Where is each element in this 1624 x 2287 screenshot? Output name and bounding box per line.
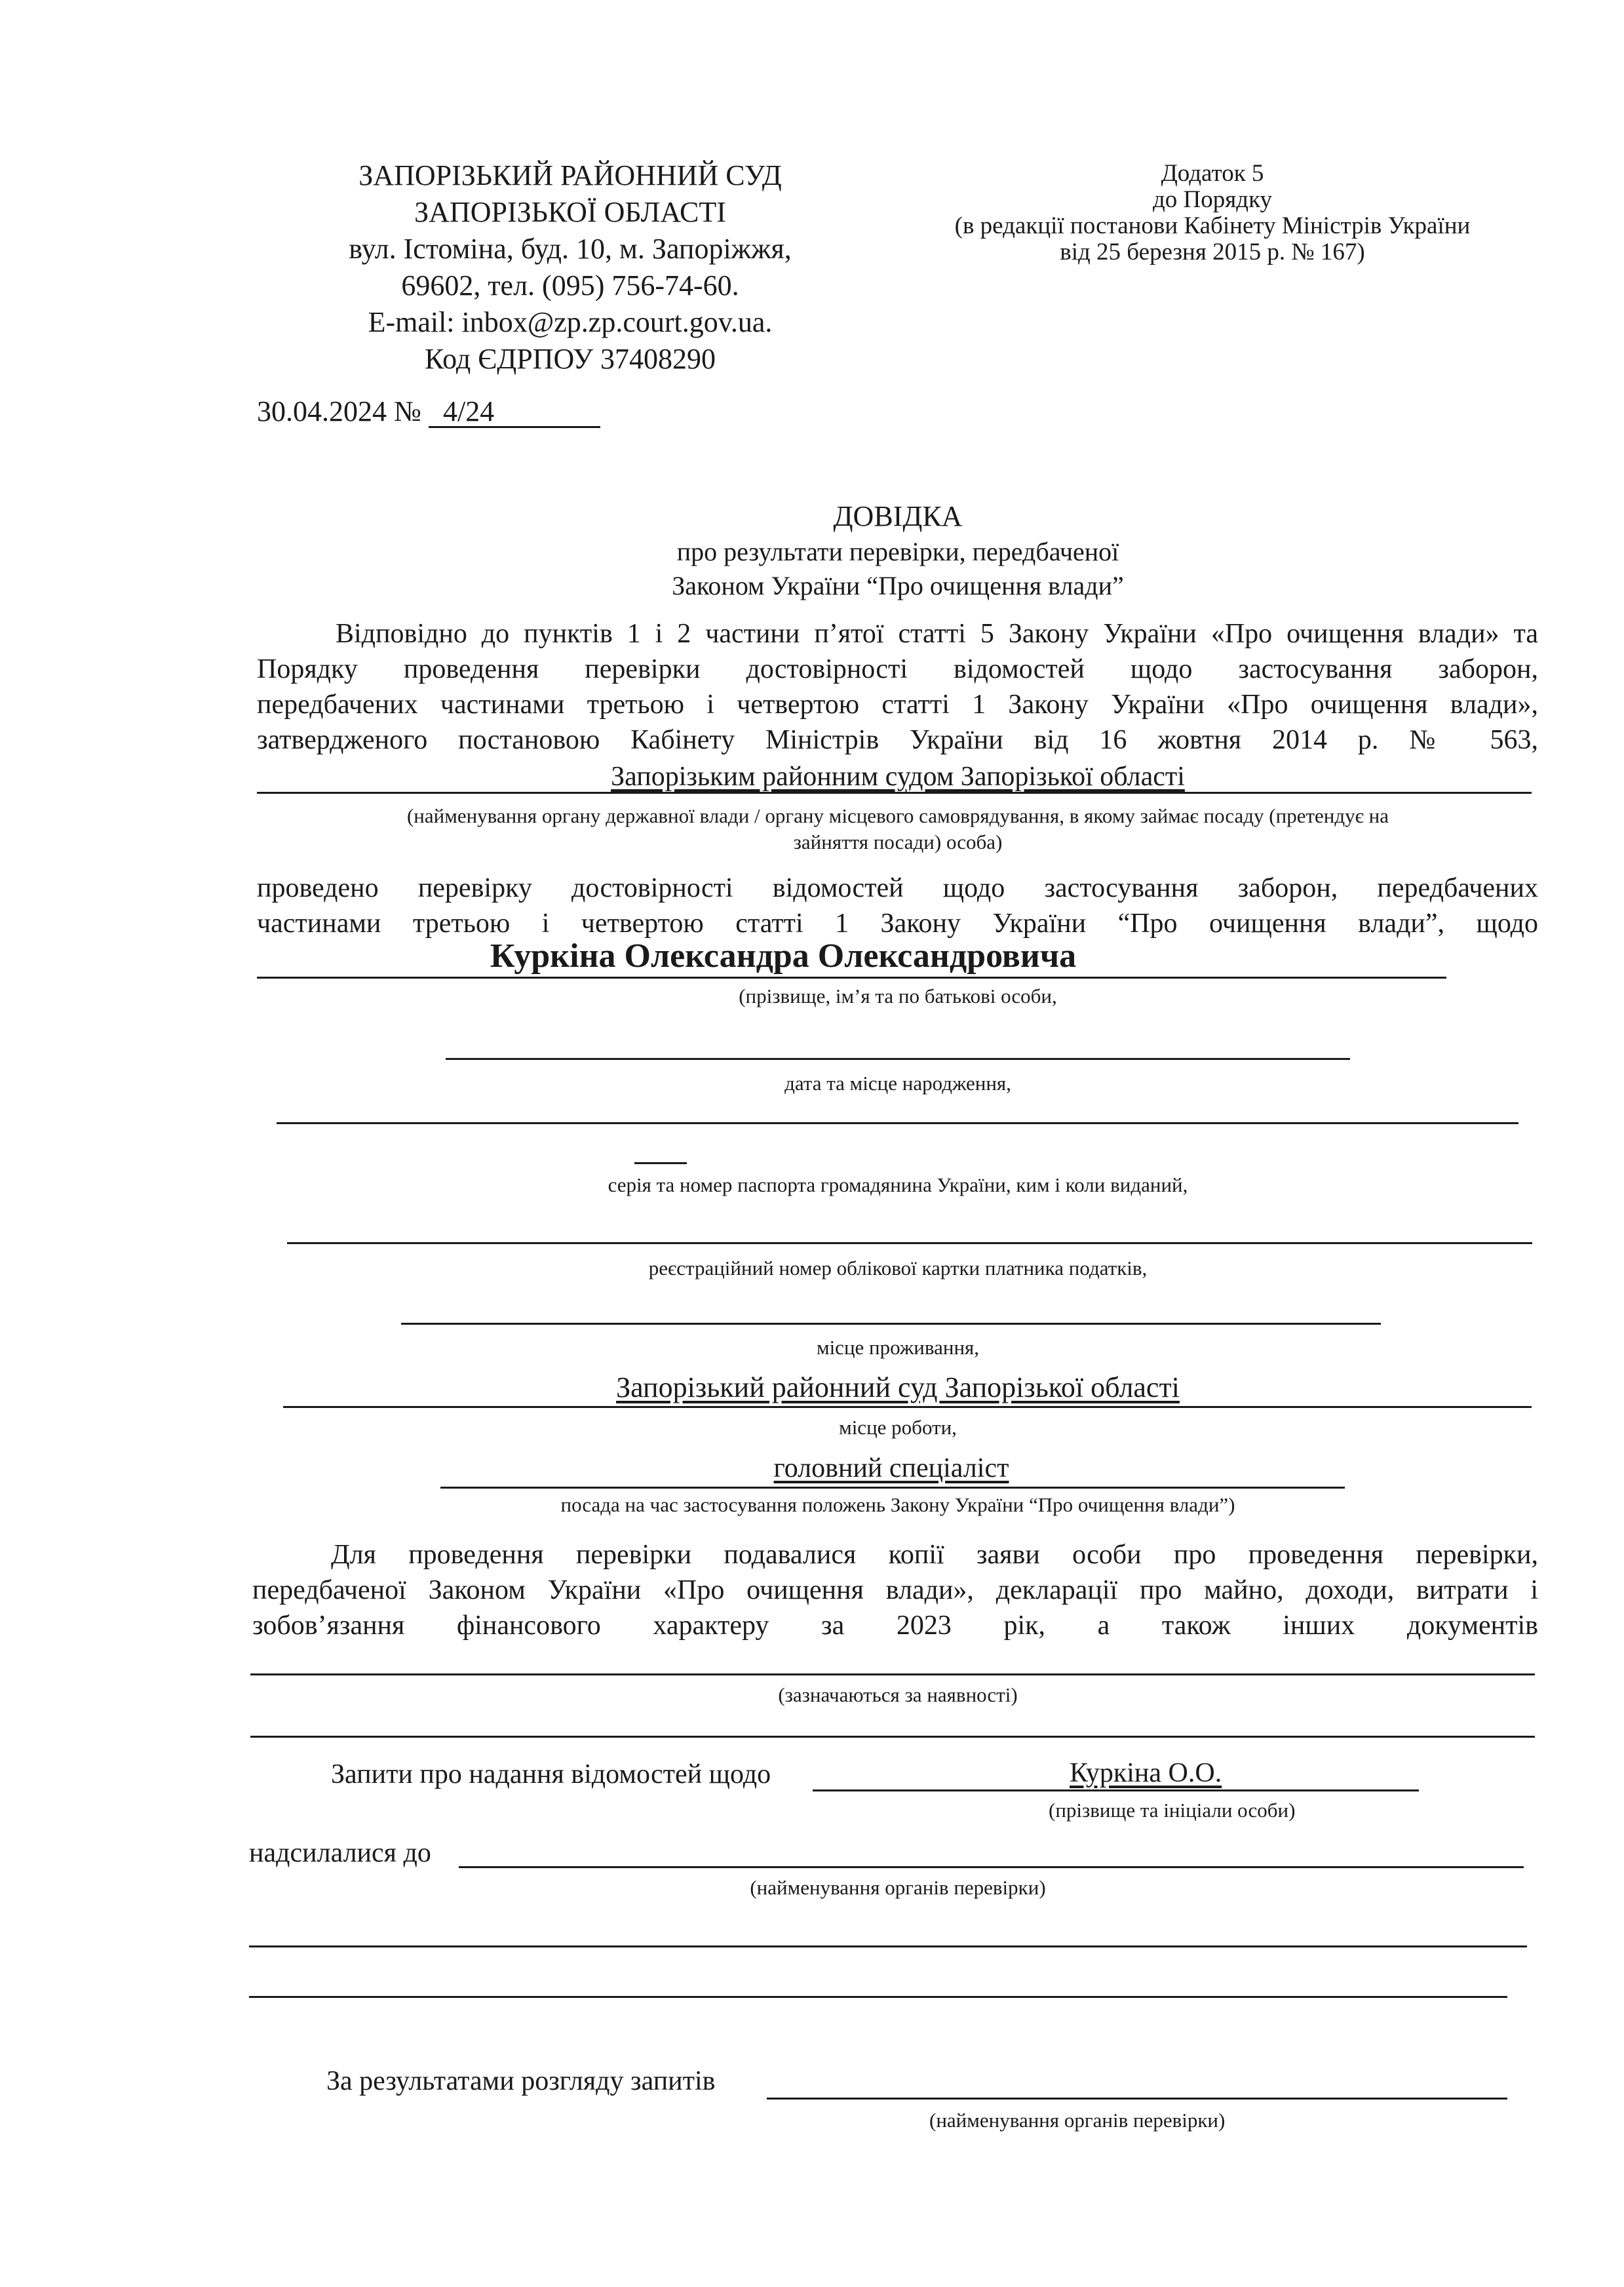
person-name-value: Куркіна Олександра Олександровича: [249, 936, 1317, 977]
reference-number: 4/24: [429, 397, 600, 428]
position-value: головний спеціаліст: [249, 1451, 1534, 1486]
residence-caption: місце проживання,: [249, 1335, 1547, 1361]
requests-person-caption: (прізвище та ініціали особи): [1049, 1797, 1295, 1824]
appendix-to: до Порядку: [937, 187, 1488, 213]
requests-label: Запити про надання відомостей щодо: [331, 1757, 771, 1792]
documents-caption: (зазначаються за наявності): [249, 1682, 1547, 1708]
position-underline: [440, 1487, 1345, 1489]
passport-underline-short: [634, 1162, 687, 1164]
reference-number-label: №: [394, 395, 421, 427]
birth-underline: [446, 1058, 1350, 1060]
document-title-block: ДОВІДКА про результати перевірки, передб…: [249, 498, 1547, 603]
court-email: E-mail: inbox@zp.zp.court.gov.ua.: [275, 304, 865, 341]
documents-underline-1: [250, 1673, 1535, 1675]
sent-to-underline: [459, 1866, 1524, 1868]
sent-to-label: надсилалися до: [249, 1835, 431, 1871]
results-caption: (найменування органів перевірки): [929, 2107, 1225, 2134]
appendix-note: Додаток 5 до Порядку (в редакції постано…: [937, 161, 1488, 265]
intro-paragraph: Відповідно до пунктів 1 і 2 частини п’ят…: [257, 616, 1538, 758]
court-phone: 69602, тел. (095) 756-74-60.: [275, 267, 865, 304]
court-name-line2: ЗАПОРІЗЬКОЇ ОБЛАСТІ: [275, 194, 865, 231]
intro-line-4: затвердженого постановою Кабінету Мініст…: [257, 722, 1538, 758]
check-paragraph: проведено перевірку достовірності відомо…: [257, 870, 1538, 941]
results-underline: [767, 2098, 1507, 2100]
passport-underline: [277, 1122, 1518, 1124]
sent-to-underline-2: [249, 1945, 1527, 1947]
residence-underline: [401, 1323, 1381, 1325]
results-label: За результатами розгляду запитів: [326, 2063, 716, 2099]
sent-to-underline-3: [249, 1996, 1507, 1998]
sent-to-caption: (найменування органів перевірки): [249, 1875, 1547, 1901]
document-subtitle-2: Законом України “Про очищення влади”: [249, 569, 1547, 603]
reference-date: 30.04.2024: [257, 395, 387, 427]
document-title: ДОВІДКА: [249, 498, 1547, 535]
appendix-number: Додаток 5: [937, 161, 1488, 187]
documents-underline-2: [250, 1736, 1535, 1738]
workplace-underline: [283, 1406, 1532, 1408]
position-caption: посада на час застосування положень Зако…: [249, 1492, 1547, 1518]
intro-line-2: Порядку проведення перевірки достовірнос…: [257, 652, 1538, 687]
reference-line: 30.04.2024 № 4/24: [257, 393, 600, 430]
authority-value: Запорізьким районним судом Запорізької о…: [249, 759, 1547, 794]
tax-number-caption: реєстраційний номер облікової картки пла…: [249, 1255, 1547, 1281]
appendix-edition: (в редакції постанови Кабінету Міністрів…: [937, 213, 1488, 239]
court-header: ЗАПОРІЗЬКИЙ РАЙОННИЙ СУД ЗАПОРІЗЬКОЇ ОБЛ…: [275, 157, 865, 378]
intro-line-3: передбачених частинами третьою і четверт…: [257, 687, 1538, 722]
workplace-value: Запорізький районний суд Запорізької обл…: [249, 1370, 1547, 1405]
appendix-date: від 25 березня 2015 р. № 167): [937, 239, 1488, 265]
passport-caption: серія та номер паспорта громадянина Укра…: [249, 1172, 1547, 1198]
tax-number-underline: [287, 1242, 1532, 1244]
check-line-1: проведено перевірку достовірності відомо…: [257, 870, 1538, 906]
documents-line-2: передбаченої Законом України «Про очищен…: [252, 1573, 1538, 1608]
requests-person-value: Куркіна О.О.: [1070, 1755, 1222, 1791]
authority-caption: (найменування органу державної влади / о…: [249, 803, 1547, 855]
person-name-underline: [257, 977, 1446, 979]
documents-line-3: зобов’язання фінансового характеру за 20…: [252, 1608, 1538, 1643]
court-edrpou: Код ЄДРПОУ 37408290: [275, 341, 865, 378]
documents-paragraph: Для проведення перевірки подавалися копі…: [252, 1537, 1538, 1643]
intro-line-1: Відповідно до пунктів 1 і 2 частини п’ят…: [257, 616, 1538, 652]
workplace-caption: місце роботи,: [249, 1415, 1547, 1441]
documents-line-1: Для проведення перевірки подавалися копі…: [252, 1537, 1538, 1573]
court-address: вул. Істоміна, буд. 10, м. Запоріжжя,: [275, 231, 865, 267]
birth-caption: дата та місце народження,: [249, 1070, 1547, 1097]
court-name-line1: ЗАПОРІЗЬКИЙ РАЙОННИЙ СУД: [275, 157, 865, 194]
person-name-caption: (прізвище, ім’я та по батькові особи,: [249, 983, 1547, 1009]
document-subtitle-1: про результати перевірки, передбаченої: [249, 535, 1547, 569]
